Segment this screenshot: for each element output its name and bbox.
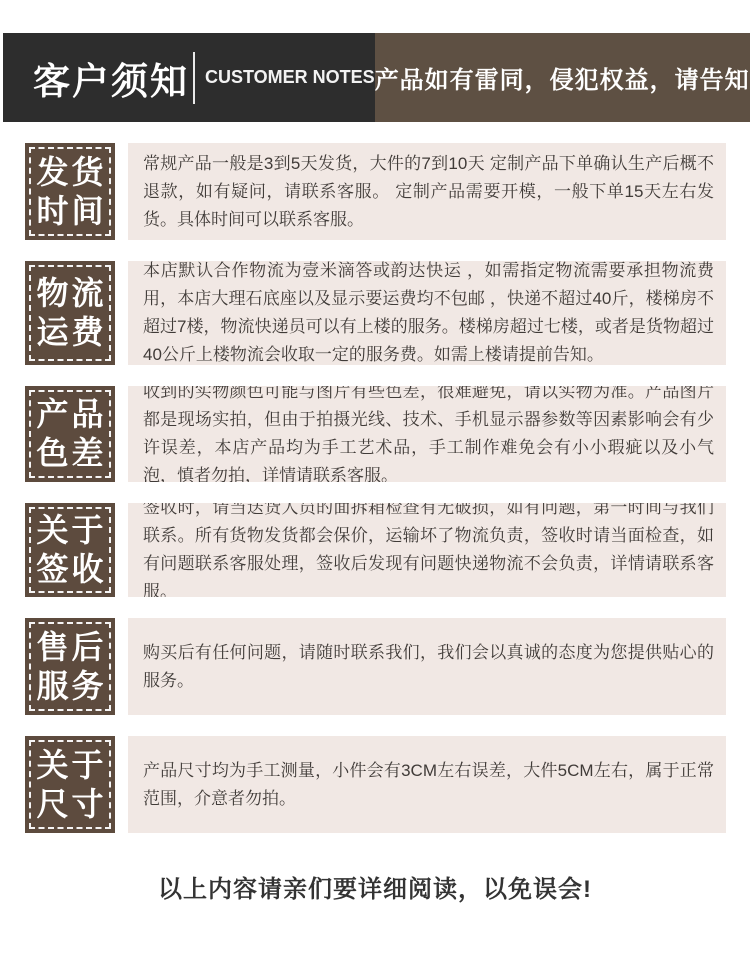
section-text-panel: 常规产品一般是3到5天发货，大件的7到10天 定制产品下单确认生产后概不退款，如… — [128, 143, 726, 240]
header-notice-banner: 产品如有雷同，侵犯权益，请告知！ — [375, 33, 750, 122]
section-text-panel: 签收时，请当送货人员的面拆箱检查有无破损，如有问题，第一时间与我们联系。所有货物… — [128, 503, 726, 597]
header-notice-text: 产品如有雷同，侵犯权益，请告知！ — [375, 60, 750, 95]
section-text: 常规产品一般是3到5天发货，大件的7到10天 定制产品下单确认生产后概不退款，如… — [143, 150, 714, 234]
section-label-dimensions: 关于 尺寸 — [25, 736, 115, 833]
section-label-text: 关于 — [33, 746, 106, 785]
section-label-color-difference: 产品 色差 — [25, 386, 115, 482]
section-text: 收到的实物颜色可能与图片有些色差，很难避免，请以实物为准。产品图片都是现场实拍，… — [143, 386, 714, 482]
section-text-panel: 收到的实物颜色可能与图片有些色差，很难避免，请以实物为准。产品图片都是现场实拍，… — [128, 386, 726, 482]
section-text-panel: 本店默认合作物流为壹米滴答或韵达快运 ，如需指定物流需要承担物流费用，本店大理石… — [128, 261, 726, 365]
section-label-text: 色差 — [33, 434, 106, 473]
section-label-text: 服务 — [33, 667, 106, 706]
section-label-text: 发货 — [33, 153, 106, 192]
section-text: 产品尺寸均为手工测量，小件会有3CM左右误差，大件5CM左右，属于正常范围，介意… — [143, 757, 714, 813]
section-dimensions: 关于 尺寸 产品尺寸均为手工测量，小件会有3CM左右误差，大件5CM左右，属于正… — [25, 736, 726, 833]
section-sign-receipt: 关于 签收 签收时，请当送货人员的面拆箱检查有无破损，如有问题，第一时间与我们联… — [25, 503, 726, 597]
customer-notes-page: 客户须知 CUSTOMER NOTES 产品如有雷同，侵犯权益，请告知！ 发货 … — [0, 0, 750, 974]
section-text-panel: 产品尺寸均为手工测量，小件会有3CM左右误差，大件5CM左右，属于正常范围，介意… — [128, 736, 726, 833]
section-label-text: 关于 — [33, 511, 106, 550]
title-divider — [193, 52, 195, 104]
section-text: 本店默认合作物流为壹米滴答或韵达快运 ，如需指定物流需要承担物流费用，本店大理石… — [143, 261, 714, 365]
sections-list: 发货 时间 常规产品一般是3到5天发货，大件的7到10天 定制产品下单确认生产后… — [25, 143, 726, 854]
section-label-logistics-fee: 物流 运费 — [25, 261, 115, 365]
header-title-block: 客户须知 CUSTOMER NOTES — [3, 33, 375, 122]
section-label-text: 产品 — [33, 395, 106, 434]
section-label-after-sales: 售后 服务 — [25, 618, 115, 715]
section-text-panel: 购买后有任何问题，请随时联系我们，我们会以真诚的态度为您提供贴心的服务。 — [128, 618, 726, 715]
section-shipping-time: 发货 时间 常规产品一般是3到5天发货，大件的7到10天 定制产品下单确认生产后… — [25, 143, 726, 240]
section-label-text: 签收 — [33, 550, 106, 589]
section-label-text: 时间 — [33, 192, 106, 231]
section-color-difference: 产品 色差 收到的实物颜色可能与图片有些色差，很难避免，请以实物为准。产品图片都… — [25, 386, 726, 482]
page-subtitle: CUSTOMER NOTES — [205, 67, 375, 88]
section-text: 购买后有任何问题，请随时联系我们，我们会以真诚的态度为您提供贴心的服务。 — [143, 639, 714, 695]
footer-note-text: 以上内容请亲们要详细阅读，以免误会! — [0, 869, 750, 904]
section-label-text: 物流 — [33, 274, 106, 313]
section-label-text: 售后 — [33, 628, 106, 667]
section-text: 签收时，请当送货人员的面拆箱检查有无破损，如有问题，第一时间与我们联系。所有货物… — [143, 503, 714, 597]
section-label-text: 尺寸 — [33, 785, 106, 824]
page-title: 客户须知 — [33, 51, 189, 105]
header: 客户须知 CUSTOMER NOTES 产品如有雷同，侵犯权益，请告知！ — [3, 33, 745, 122]
section-label-shipping-time: 发货 时间 — [25, 143, 115, 240]
section-logistics-fee: 物流 运费 本店默认合作物流为壹米滴答或韵达快运 ，如需指定物流需要承担物流费用… — [25, 261, 726, 365]
section-after-sales: 售后 服务 购买后有任何问题，请随时联系我们，我们会以真诚的态度为您提供贴心的服… — [25, 618, 726, 715]
section-label-sign-receipt: 关于 签收 — [25, 503, 115, 597]
footer-note: 以上内容请亲们要详细阅读，以免误会! — [0, 869, 750, 904]
section-label-text: 运费 — [33, 313, 106, 352]
